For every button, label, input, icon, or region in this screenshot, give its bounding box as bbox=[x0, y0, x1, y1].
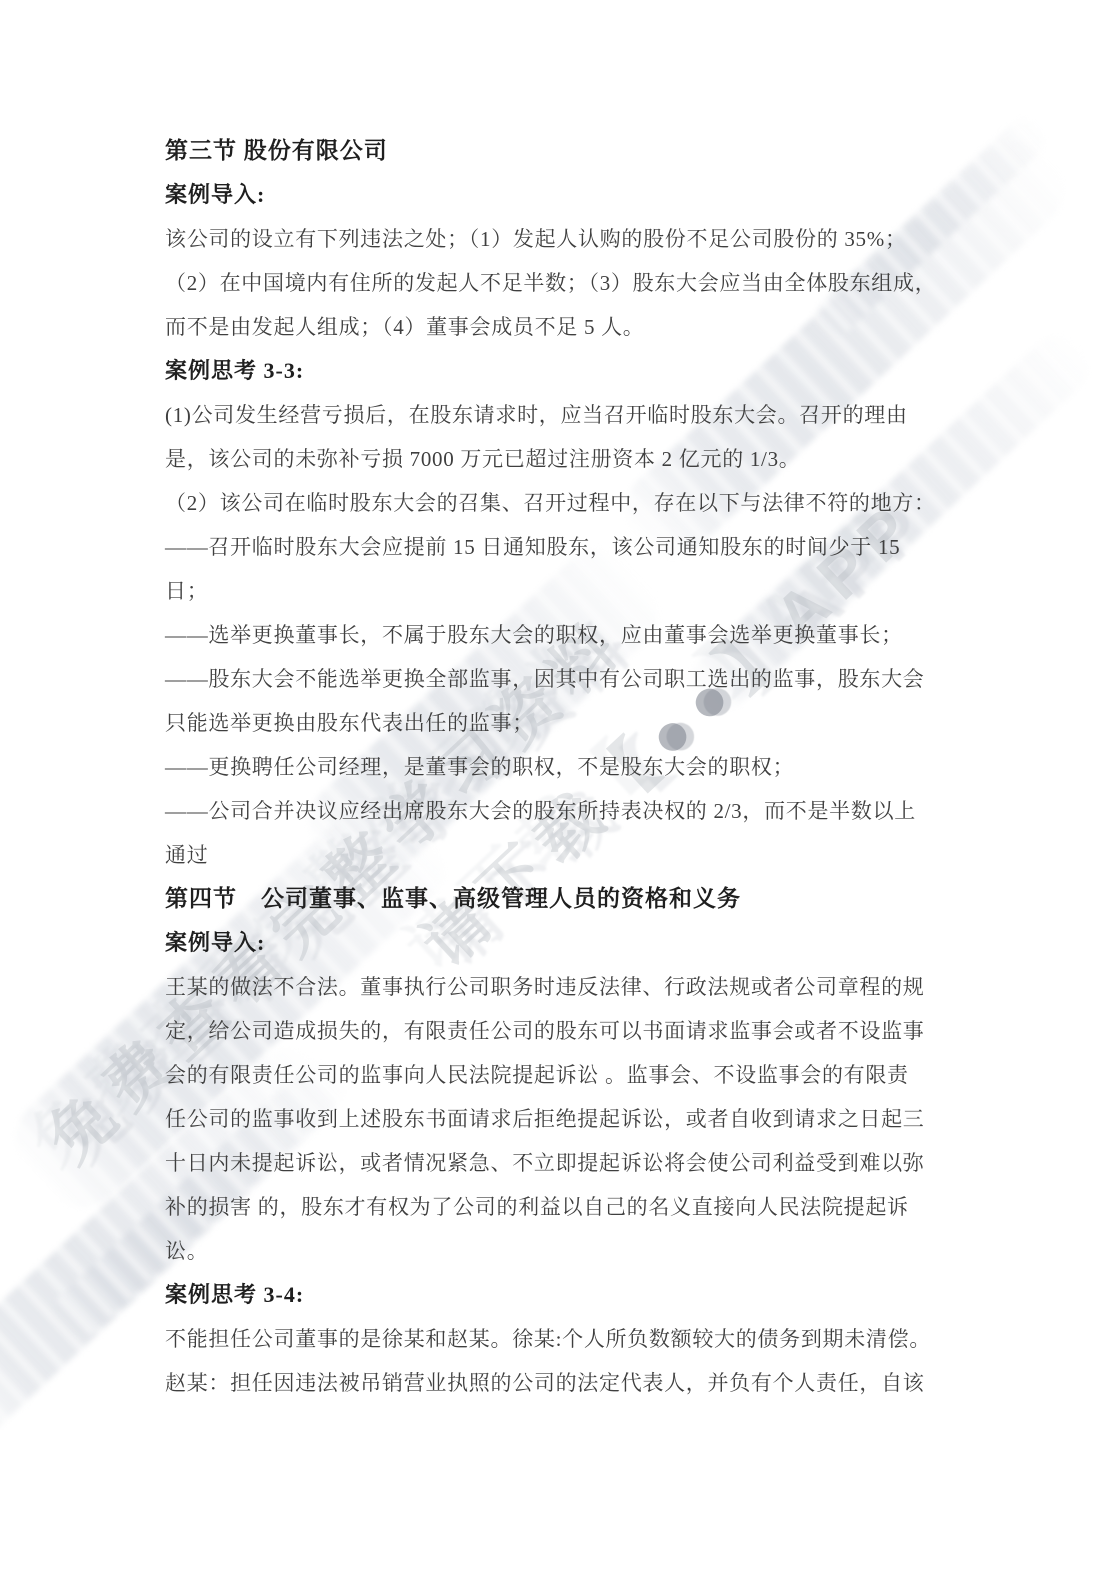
body-line: 不能担任公司董事的是徐某和赵某。徐某:个人所负数额较大的债务到期未清偿。 bbox=[165, 1324, 952, 1368]
case-intro-label: 案例导入: bbox=[165, 180, 952, 224]
body-line: 王某的做法不合法。董事执行公司职务时违反法律、行政法规或者公司章程的规 bbox=[165, 972, 952, 1016]
body-line: 赵某：担任因违法被吊销营业执照的公司的法定代表人，并负有个人责任，自该 bbox=[165, 1368, 952, 1412]
section-heading: 第三节 股份有限公司 bbox=[165, 136, 952, 180]
document-page: 免费查看完整学习资料 请下载【●●】APP 第三节 股份有限公司 案例导入: 该… bbox=[0, 0, 1117, 1579]
body-line: ——公司合并决议应经出席股东大会的股东所持表决权的 2/3，而不是半数以上 bbox=[165, 796, 952, 840]
body-line: 会的有限责任公司的监事向人民法院提起诉讼 。监事会、不设监事会的有限责 bbox=[165, 1060, 952, 1104]
body-line: （2）在中国境内有住所的发起人不足半数；（3）股东大会应当由全体股东组成， bbox=[165, 268, 952, 312]
body-line: ——召开临时股东大会应提前 15 日通知股东，该公司通知股东的时间少于 15 bbox=[165, 532, 952, 576]
body-line: ——选举更换董事长，不属于股东大会的职权，应由董事会选举更换董事长； bbox=[165, 620, 952, 664]
body-line: ——股东大会不能选举更换全部监事，因其中有公司职工选出的监事，股东大会 bbox=[165, 664, 952, 708]
document-body: 第三节 股份有限公司 案例导入: 该公司的设立有下列违法之处；（1）发起人认购的… bbox=[0, 0, 1117, 1412]
body-line: 定，给公司造成损失的，有限责任公司的股东可以书面请求监事会或者不设监事 bbox=[165, 1016, 952, 1060]
body-line: 通过 bbox=[165, 840, 952, 884]
body-line: 讼。 bbox=[165, 1236, 952, 1280]
case-think-label: 案例思考 3-4: bbox=[165, 1280, 952, 1324]
body-line: 日； bbox=[165, 576, 952, 620]
body-line: 补的损害 的，股东才有权为了公司的利益以自己的名义直接向人民法院提起诉 bbox=[165, 1192, 952, 1236]
section-heading: 第四节 公司董事、监事、高级管理人员的资格和义务 bbox=[165, 884, 952, 928]
case-think-label: 案例思考 3-3: bbox=[165, 356, 952, 400]
body-line: 任公司的监事收到上述股东书面请求后拒绝提起诉讼，或者自收到请求之日起三 bbox=[165, 1104, 952, 1148]
body-line: 是，该公司的未弥补亏损 7000 万元已超过注册资本 2 亿元的 1/3。 bbox=[165, 444, 952, 488]
body-line: 而不是由发起人组成；（4）董事会成员不足 5 人。 bbox=[165, 312, 952, 356]
body-line: （2）该公司在临时股东大会的召集、召开过程中，存在以下与法律不符的地方： bbox=[165, 488, 952, 532]
body-line: 只能选举更换由股东代表出任的监事； bbox=[165, 708, 952, 752]
body-line: 十日内未提起诉讼，或者情况紧急、不立即提起诉讼将会使公司利益受到难以弥 bbox=[165, 1148, 952, 1192]
body-line: (1)公司发生经营亏损后，在股东请求时，应当召开临时股东大会。召开的理由 bbox=[165, 400, 952, 444]
case-intro-label: 案例导入: bbox=[165, 928, 952, 972]
body-line: ——更换聘任公司经理，是董事会的职权，不是股东大会的职权； bbox=[165, 752, 952, 796]
body-line: 该公司的设立有下列违法之处；（1）发起人认购的股份不足公司股份的 35%； bbox=[165, 224, 952, 268]
